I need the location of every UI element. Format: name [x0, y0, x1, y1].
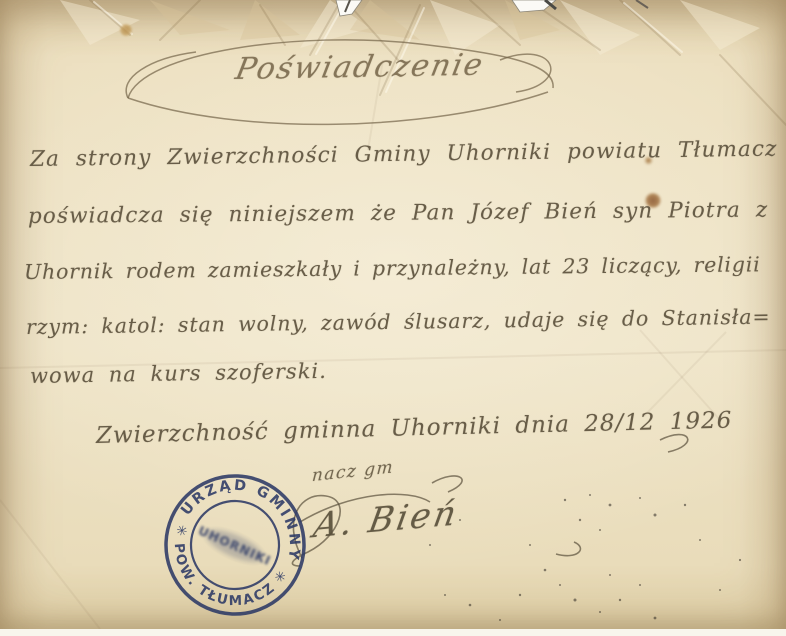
stamp-center-text: UHORNIKI [196, 523, 274, 569]
ink-speckles [0, 0, 786, 629]
paper-sheet: Poświadczenie Za strony Zwierzchności Gm… [0, 0, 786, 629]
scan-background-strip [0, 629, 786, 636]
official-round-stamp: URZĄD GMINNY ✳ POW. TŁUMACZ ✳ UHORNIKI [160, 470, 310, 620]
scanned-document: Poświadczenie Za strony Zwierzchności Gm… [0, 0, 786, 636]
